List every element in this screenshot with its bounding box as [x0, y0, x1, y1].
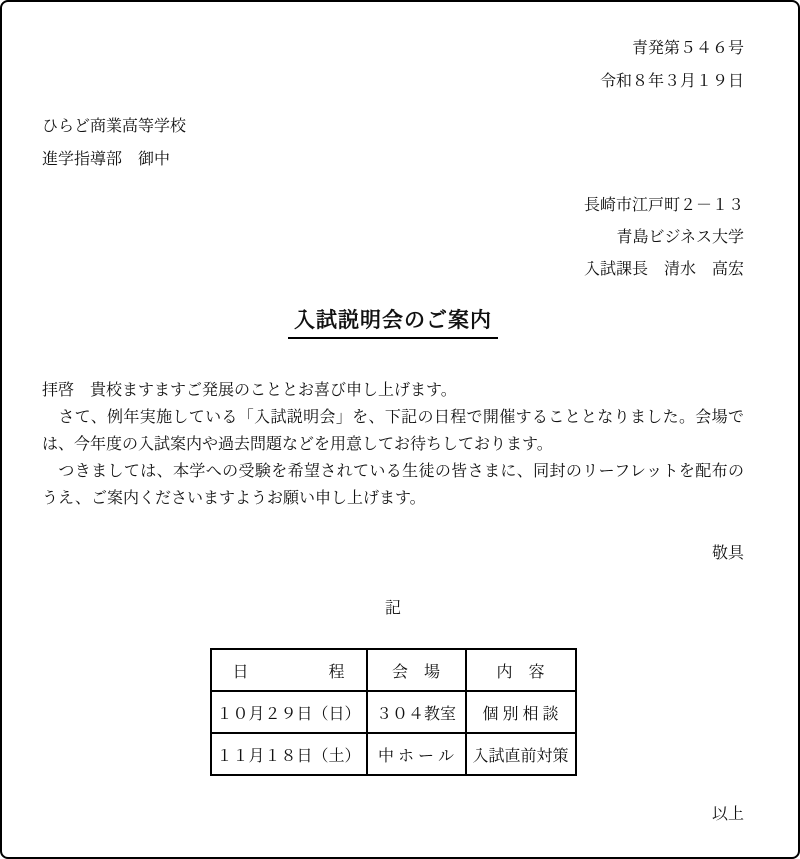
table-row: １１月１８日（土） 中 ホ ー ル 入試直前対策 — [211, 733, 576, 775]
recipient-block: ひらど商業高等学校 進学指導部 御中 — [42, 110, 744, 176]
table-row: １０月２９日（日） ３０４教室 個 別 相 談 — [211, 691, 576, 733]
issue-date: 令和８年３月１９日 — [42, 65, 744, 98]
table-header-date: 日 程 — [211, 649, 367, 691]
letter-body: 拝啓 貴校ますますご発展のこととお喜び申し上げます。 さて、例年実施している「入… — [42, 377, 744, 512]
letter-title: 入試説明会のご案内 — [288, 304, 498, 339]
table-header-content: 内 容 — [466, 649, 576, 691]
sender-person: 入試課長 清水 高宏 — [42, 254, 744, 286]
table-cell-date: １１月１８日（土） — [211, 733, 367, 775]
body-paragraph-announcement: さて、例年実施している「入試説明会」を、下記の日程で開催することとなりました。会… — [42, 404, 744, 458]
sender-organization: 青島ビジネス大学 — [42, 222, 744, 254]
recipient-school: ひらど商業高等学校 — [42, 110, 744, 143]
schedule-table: 日 程 会 場 内 容 １０月２９日（日） ３０４教室 個 別 相 談 １１月１… — [210, 648, 577, 776]
sender-block: 長崎市江戸町２－１３ 青島ビジネス大学 入試課長 清水 高宏 — [42, 190, 744, 286]
table-cell-content: 入試直前対策 — [466, 733, 576, 775]
body-paragraph-greeting: 拝啓 貴校ますますご発展のこととお喜び申し上げます。 — [42, 377, 744, 404]
table-header-venue: 会 場 — [367, 649, 466, 691]
table-cell-content: 個 別 相 談 — [466, 691, 576, 733]
recipient-department: 進学指導部 御中 — [42, 143, 744, 176]
notice-marker-ki: 記 — [42, 595, 744, 622]
body-paragraph-request: つきましては、本学への受験を希望されている生徒の皆さまに、同封のリーフレットを配… — [42, 458, 744, 512]
letter-page: 青発第５４６号 令和８年３月１９日 ひらど商業高等学校 進学指導部 御中 長崎市… — [0, 0, 800, 859]
table-cell-venue: ３０４教室 — [367, 691, 466, 733]
letter-title-wrap: 入試説明会のご案内 — [42, 304, 744, 339]
end-marker-ijou: 以上 — [42, 801, 744, 828]
doc-number: 青発第５４６号 — [42, 32, 744, 65]
table-cell-date: １０月２９日（日） — [211, 691, 367, 733]
table-cell-venue: 中 ホ ー ル — [367, 733, 466, 775]
sender-address: 長崎市江戸町２－１３ — [42, 190, 744, 222]
table-header-row: 日 程 会 場 内 容 — [211, 649, 576, 691]
closing-keigu: 敬具 — [42, 540, 744, 567]
